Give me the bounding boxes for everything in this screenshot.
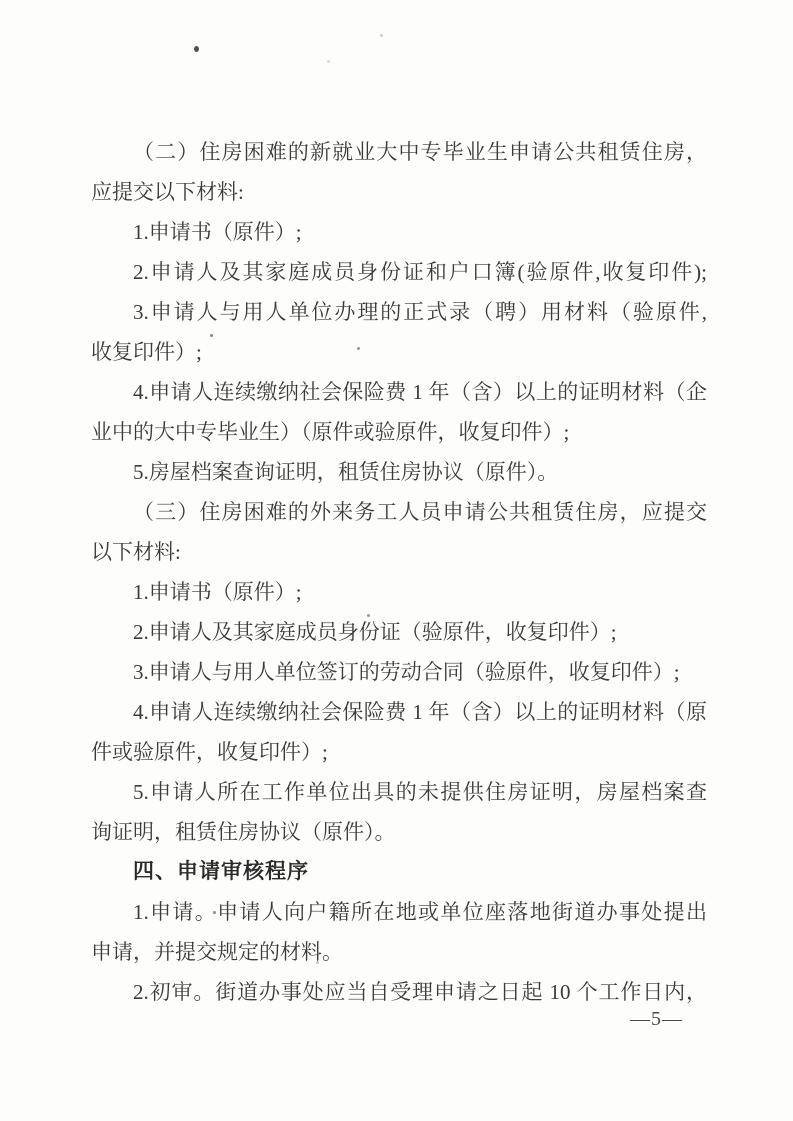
page-number: —5— [630,1006,683,1032]
list-item: 4.申请人连续缴纳社会保险费 1 年（含）以上的证明材料（企 [91,372,707,412]
scan-speck [327,60,330,63]
text-line: 2.初审。街道办事处应当自受理申请之日起 10 个工作日内， [91,972,707,1012]
text-line: 1.申请。申请人向户籍所在地或单位座落地街道办事处提出 [91,892,707,932]
document-body: （二）住房困难的新就业大中专毕业生申请公共租赁住房， 应提交以下材料: 1.申请… [91,132,707,1012]
text-line: 以下材料: [91,532,707,572]
text-line: 询证明，租赁住房协议（原件）。 [91,812,707,852]
section-heading: 四、申请审核程序 [91,852,707,892]
scan-speck [380,34,383,37]
list-item: 5.申请人所在工作单位出具的未提供住房证明，房屋档案查 [91,772,707,812]
scan-speck [357,347,360,350]
scan-speck [210,334,213,337]
text-line: 收复印件）; [91,332,707,372]
text-line: 业中的大中专毕业生）（原件或验原件，收复印件）; [91,412,707,452]
list-item: 2.申请人及其家庭成员身份证（验原件，收复印件）; [91,612,707,652]
text-line: 申请，并提交规定的材料。 [91,932,707,972]
list-item: 1.申请书（原件）; [91,212,707,252]
scan-speck [367,614,370,617]
list-item: 4.申请人连续缴纳社会保险费 1 年（含）以上的证明材料（原 [91,692,707,732]
list-item: 3.申请人与用人单位签订的劳动合同（验原件，收复印件）; [91,652,707,692]
list-item: 3.申请人与用人单位办理的正式录（聘）用材料（验原件, [91,292,707,332]
scan-speck [194,46,199,52]
list-item: 2.申请人及其家庭成员身份证和户口簿(验原件,收复印件); [91,252,707,292]
text-line: 件或验原件，收复印件）; [91,732,707,772]
list-item: 1.申请书（原件）; [91,572,707,612]
scan-speck [316,961,319,964]
text-line: 应提交以下材料: [91,172,707,212]
text-line: （三）住房困难的外来务工人员申请公共租赁住房，应提交 [91,492,707,532]
text-line: （二）住房困难的新就业大中专毕业生申请公共租赁住房， [91,132,707,172]
scan-speck [213,911,216,914]
list-item: 5.房屋档案查询证明，租赁住房协议（原件）。 [91,452,707,492]
scanned-document-page: （二）住房困难的新就业大中专毕业生申请公共租赁住房， 应提交以下材料: 1.申请… [0,0,793,1121]
